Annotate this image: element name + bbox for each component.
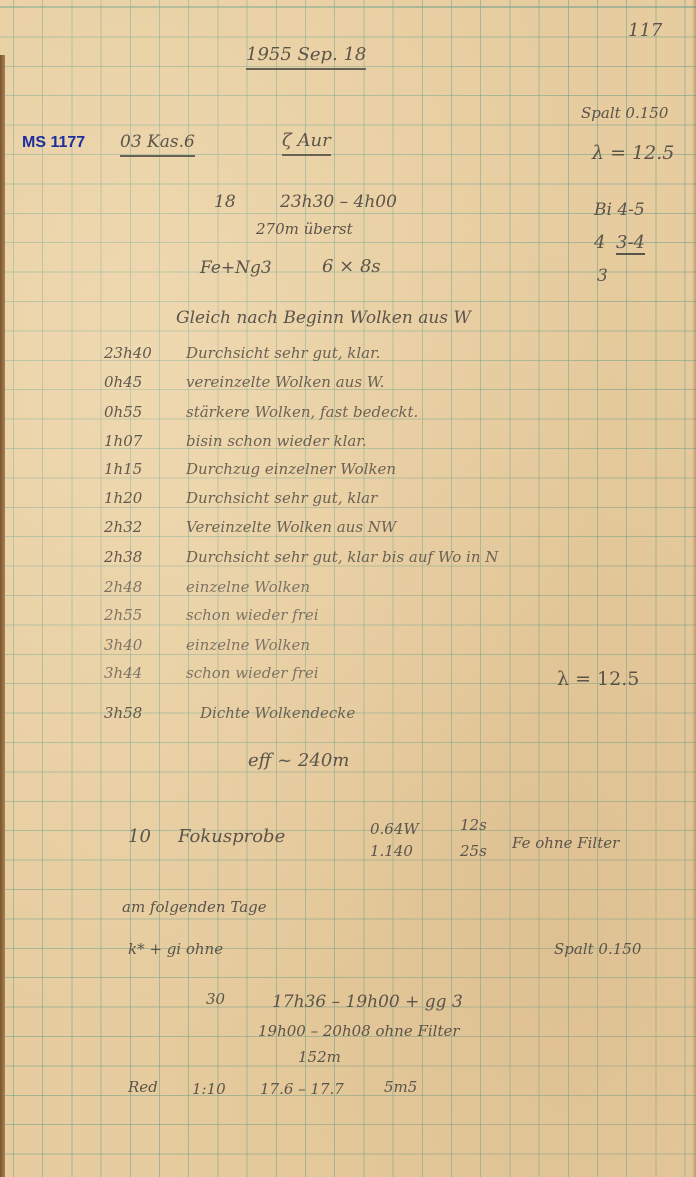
observation-date: 1955 Sep. 18 — [246, 44, 366, 70]
page-binding-edge — [0, 55, 5, 1177]
seeing-value-2: 3-4 — [616, 232, 645, 255]
comparison-exposure: 6 × 8s — [322, 256, 381, 277]
log-text: Vereinzelte Wolken aus NW — [186, 518, 396, 536]
test-note: Fe ohne Filter — [512, 834, 619, 852]
log-text: einzelne Wolken — [186, 636, 310, 654]
reduction-value: 5m5 — [384, 1078, 417, 1096]
log-text: Durchsicht sehr gut, klar — [186, 489, 377, 507]
log-text: einzelne Wolken — [186, 578, 310, 596]
slit-width: Spalt 0.150 — [581, 104, 668, 122]
log-time: 2h38 — [104, 548, 142, 566]
star-object: ζ Aur — [282, 130, 331, 156]
exposure-time-range: 23h30 – 4h00 — [280, 192, 397, 212]
next-day-range-1: 17h36 – 19h00 + gg 3 — [272, 992, 463, 1012]
seeing-label: Bi 4-5 — [594, 200, 645, 220]
seeing-value-3: 3 — [597, 266, 608, 286]
exposure-number: 18 — [214, 192, 236, 212]
log-text: bisin schon wieder klar. — [186, 432, 367, 450]
effective-exposure: eff ~ 240m — [248, 750, 349, 771]
reduction-range: 17.6 – 17.7 — [260, 1080, 344, 1098]
test-number: 10 — [128, 826, 151, 847]
exposure-meter: 270m überst — [256, 220, 353, 238]
reduction-ratio: 1:10 — [192, 1080, 226, 1098]
log-time: 2h55 — [104, 606, 142, 624]
log-text: Durchsicht sehr gut, klar bis auf Wo in … — [186, 548, 498, 566]
next-day-line: k* + gi ohne — [128, 940, 223, 958]
log-text: vereinzelte Wolken aus W. — [186, 373, 384, 391]
comparison-source: Fe+Ng3 — [200, 258, 272, 278]
next-day-range-2: 19h00 – 20h08 ohne Filter — [258, 1022, 460, 1040]
page-right-edge — [692, 0, 696, 1177]
log-text: Dichte Wolkendecke — [200, 704, 355, 722]
lambda-repeat: λ = 12.5 — [557, 668, 639, 690]
test-value-top: 0.64W — [370, 820, 419, 838]
log-time: 2h32 — [104, 518, 142, 536]
reduction-label: Red — [128, 1078, 158, 1096]
log-text: schon wieder frei — [186, 664, 319, 682]
test-value-bottom: 1.140 — [370, 842, 413, 860]
log-text: stärkere Wolken, fast bedeckt. — [186, 403, 418, 421]
log-time: 1h07 — [104, 432, 142, 450]
page-number: 117 — [628, 20, 662, 41]
next-day-heading: am folgenden Tage — [122, 898, 267, 916]
notebook-page: 117 1955 Sep. 18 Spalt 0.150 λ = 12.5 MS… — [0, 0, 696, 1177]
test-time-bottom: 25s — [460, 842, 487, 860]
log-text: Durchzug einzelner Wolken — [186, 460, 396, 478]
seeing-value-1: 4 — [594, 232, 605, 253]
log-time: 3h40 — [104, 636, 142, 654]
log-intro: Gleich nach Beginn Wolken aus W — [176, 308, 471, 328]
next-day-number: 30 — [206, 990, 225, 1008]
next-day-duration: 152m — [298, 1048, 341, 1066]
test-time-top: 12s — [460, 816, 487, 834]
log-time: 1h20 — [104, 489, 142, 507]
log-text: schon wieder frei — [186, 606, 319, 624]
log-time: 0h45 — [104, 373, 142, 391]
log-time: 3h44 — [104, 664, 142, 682]
log-text: Durchsicht sehr gut, klar. — [186, 344, 380, 362]
next-day-slit: Spalt 0.150 — [554, 940, 641, 958]
log-time: 23h40 — [104, 344, 152, 362]
test-label: Fokusprobe — [178, 826, 285, 847]
lambda-value: λ = 12.5 — [592, 142, 674, 164]
log-time: 0h55 — [104, 403, 142, 421]
plate-id: 03 Kas.6 — [120, 132, 195, 157]
log-time: 1h15 — [104, 460, 142, 478]
catalog-mark: MS 1177 — [22, 134, 85, 152]
log-time: 2h48 — [104, 578, 142, 596]
log-time: 3h58 — [104, 704, 142, 722]
